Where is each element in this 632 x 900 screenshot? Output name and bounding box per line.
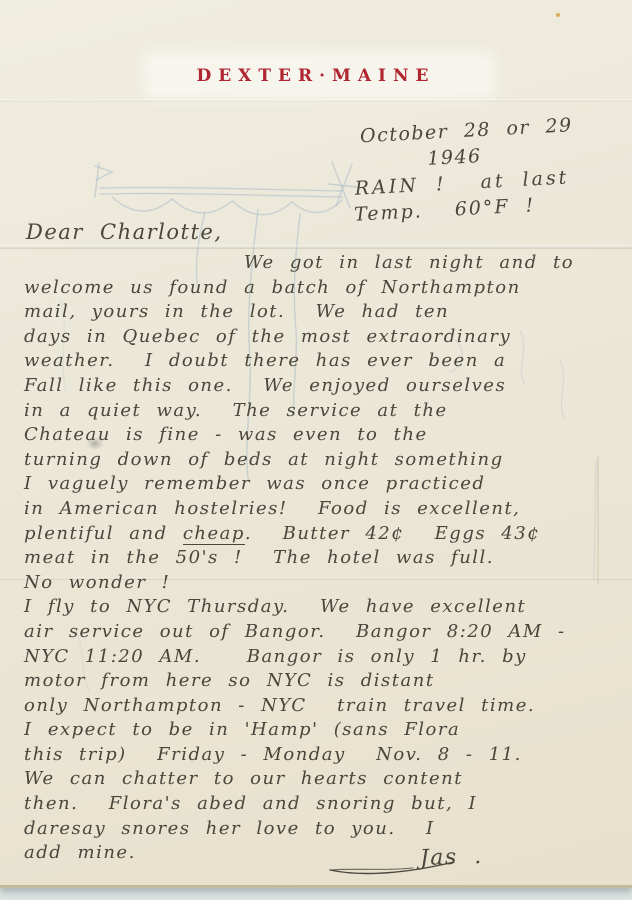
handwritten-line: in a quiet way. The service at the <box>24 399 620 424</box>
handwritten-line: NYC 11:20 AM. Bangor is only 1 hr. by <box>24 645 620 670</box>
scanner-background: { "letterhead": { "text": "DEXTER·MAINE"… <box>0 0 632 900</box>
handwritten-line: plentiful and cheap. Butter 42¢ Eggs 43¢ <box>24 522 620 547</box>
paper-speck <box>556 13 560 17</box>
date-block: October 28 or 29 1946 RAIN ! at last Tem… <box>349 112 577 228</box>
salutation: Dear Charlotte, <box>26 220 223 244</box>
letter-body: We got in last night and to welcome us f… <box>24 251 620 866</box>
handwritten-line: We can chatter to our hearts content <box>24 767 620 792</box>
handwritten-line: this trip) Friday - Monday Nov. 8 - 11. <box>24 743 620 768</box>
letter-paper: DEXTER·MAINE October 28 or 29 1946 RAIN … <box>0 0 632 888</box>
handwritten-line: I vaguely remember was once practiced <box>24 472 620 497</box>
handwritten-line: air service out of Bangor. Bangor 8:20 A… <box>24 620 620 645</box>
handwritten-line: daresay snores her love to you. I <box>24 817 620 842</box>
signature: Jas . <box>420 844 484 871</box>
handwritten-line: We got in last night and to <box>24 251 620 276</box>
handwritten-line: weather. I doubt there has ever been a <box>24 349 620 374</box>
handwritten-line: only Northampton - NYC train travel time… <box>24 694 620 719</box>
underlined-word: cheap <box>183 523 245 545</box>
handwritten-line: then. Flora's abed and snoring but, I <box>24 792 620 817</box>
letterhead-text: DEXTER·MAINE <box>0 66 632 86</box>
handwritten-line: No wonder ! <box>24 571 620 596</box>
line-fragment: plentiful and <box>24 523 183 544</box>
handwritten-line: I fly to NYC Thursday. We have excellent <box>24 595 620 620</box>
fold-crease <box>0 245 632 249</box>
fold-crease <box>0 99 632 102</box>
handwritten-line: in American hostelries! Food is excellen… <box>24 497 620 522</box>
handwritten-line: turning down of beds at night something <box>24 448 620 473</box>
handwritten-line: mail, yours in the lot. We had ten <box>24 300 620 325</box>
handwritten-line: meat in the 50's ! The hotel was full. <box>24 546 620 571</box>
handwritten-line: I expect to be in 'Hamp' (sans Flora <box>24 718 620 743</box>
handwritten-line: days in Quebec of the most extraordinary <box>24 325 620 350</box>
handwritten-line: add mine. <box>24 841 620 866</box>
handwritten-line: Chateau is fine - was even to the <box>24 423 620 448</box>
handwritten-line: welcome us found a batch of Northampton <box>24 276 620 301</box>
line-fragment: . Butter 42¢ Eggs 43¢ <box>245 523 540 544</box>
handwritten-line: Fall like this one. We enjoyed ourselves <box>24 374 620 399</box>
handwritten-line: motor from here so NYC is distant <box>24 669 620 694</box>
